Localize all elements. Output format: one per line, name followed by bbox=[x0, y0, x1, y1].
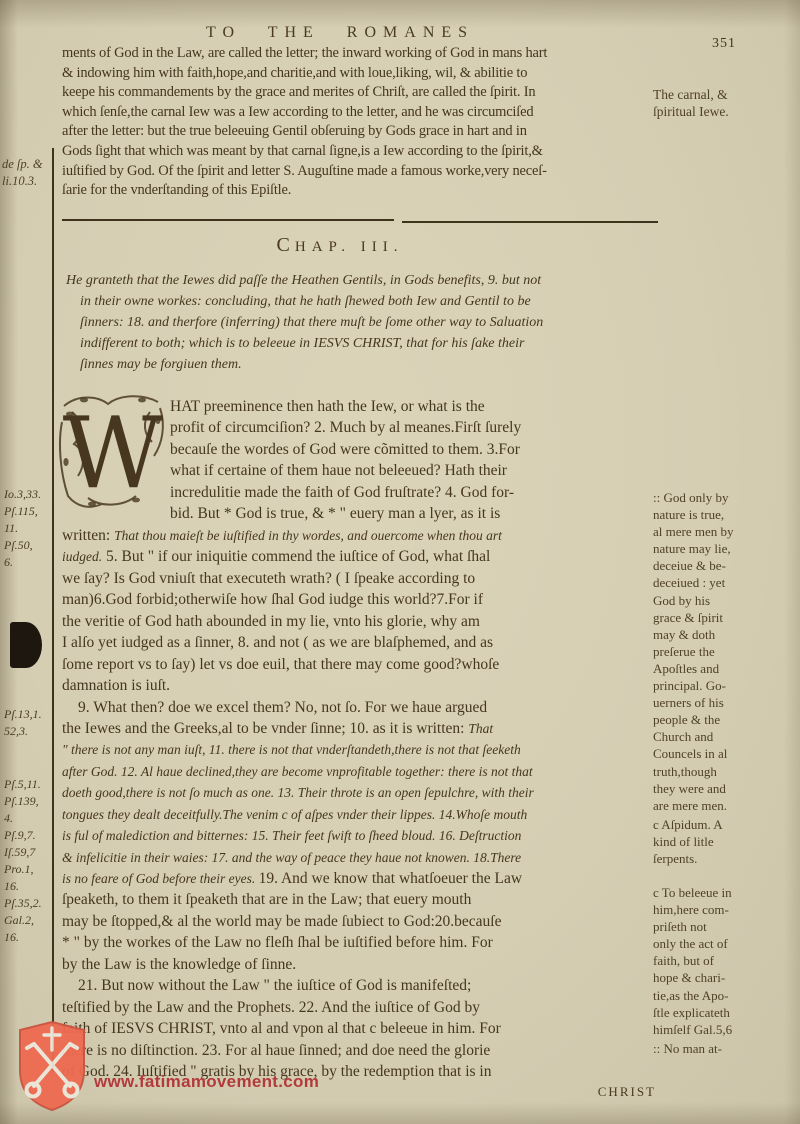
body-line: iudged. 5. But " if our iniquitie commen… bbox=[62, 546, 658, 567]
body-line: damnation is iuſt. bbox=[62, 675, 658, 696]
body-line-segment: written: bbox=[62, 527, 114, 544]
body-line: we ſay? Is God vniuſt that executeth wra… bbox=[62, 568, 658, 589]
body-line: 21. But now without the Law " the iuſtic… bbox=[62, 975, 658, 996]
body-line: may be ſtopped,& al the world may be mad… bbox=[62, 911, 658, 932]
body-line-segment: is no feare of God before their eyes. bbox=[62, 871, 259, 886]
body-line: written: That thou maieſt be iuſtified i… bbox=[62, 525, 658, 546]
body-line: after God. 12. Al haue declined,they are… bbox=[62, 761, 658, 782]
drop-cap-w-ornament: W bbox=[58, 392, 168, 516]
body-line: the Iewes and the Greeks,al to be vnder … bbox=[62, 718, 658, 739]
body-opening-lines: HAT preeminence then hath the Iew, or wh… bbox=[170, 396, 658, 524]
svg-text:W: W bbox=[63, 397, 164, 511]
body-line: ſome report vs to ſay) let vs doe euil, … bbox=[62, 654, 658, 675]
body-line-segment: 19. And we know that whatſoeuer the Law bbox=[259, 870, 522, 887]
running-header: TO THE ROMANES bbox=[150, 24, 530, 42]
column-rule bbox=[52, 148, 54, 1073]
drop-cap-w: W bbox=[58, 392, 168, 516]
body-line: ſpeaketh, to them it ſpeaketh that are i… bbox=[62, 889, 658, 910]
margin-refs-psalms-bottom: Pſ.5,11. Pſ.139, 4. Pſ.9,7. Iſ.59,7 Pro.… bbox=[4, 776, 52, 946]
chapter-heading: CHAP. III. bbox=[200, 234, 480, 257]
fatima-shield-logo bbox=[16, 1020, 88, 1112]
body-line: the veritie of God hath abounded in my l… bbox=[62, 611, 658, 632]
body-line: " there is not any man iuſt, 11. there i… bbox=[62, 739, 658, 760]
margin-refs-psalms-mid: Pſ.13,1. 52,3. bbox=[4, 706, 52, 740]
chapter-heading-initial: C bbox=[277, 234, 295, 256]
body-line: & infelicitie in their waies: 17. and th… bbox=[62, 847, 658, 868]
body-line: by the Law is the knowledge of ſinne. bbox=[62, 954, 658, 975]
body-text: written: That thou maieſt be iuſtified i… bbox=[62, 525, 658, 1082]
margin-note-god-only: :: God only by nature is true, al mere m… bbox=[653, 489, 799, 814]
body-line: teſtified by the Law and the Prophets. 2… bbox=[62, 997, 658, 1018]
margin-note-no-man: :: No man at- bbox=[653, 1040, 799, 1057]
margin-note-carnal: The carnal, & ſpiritual Iewe. bbox=[653, 86, 799, 120]
page-number: 351 bbox=[712, 36, 736, 52]
body-line: doeth good,there is not ſo much as one. … bbox=[62, 782, 658, 803]
ink-blot bbox=[10, 622, 42, 668]
body-line: faith of IESVS CHRIST, vnto al and vpon … bbox=[62, 1018, 658, 1039]
book-page: TO THE ROMANES 351 ments of God in the L… bbox=[0, 0, 800, 1124]
body-line-segment: 5. But " if our iniquitie commend the iu… bbox=[102, 548, 490, 565]
section-rule-right bbox=[402, 221, 658, 223]
margin-refs-psalms-top: Io.3,33. Pſ.115, 11. Pſ.50, 6. bbox=[4, 486, 52, 571]
body-line: * " by the workes of the Law no fleſh ſh… bbox=[62, 932, 658, 953]
intro-paragraph: ments of God in the Law, are called the … bbox=[62, 44, 662, 201]
body-line: man)6.God forbid;otherwiſe how ſhal God … bbox=[62, 589, 658, 610]
body-line-segment: iudged. bbox=[62, 549, 102, 564]
body-line: 9. What then? doe we excel them? No, not… bbox=[62, 697, 658, 718]
chapter-argument: He granteth that the Iewes did paſſe the… bbox=[66, 270, 680, 375]
margin-note-augustine-ref: de ſp. & li.10.3. bbox=[2, 156, 50, 190]
body-line-segment: That thou maieſt be iuſtified in thy wor… bbox=[114, 528, 502, 543]
body-line: there is no diſtinction. 23. For al haue… bbox=[62, 1040, 658, 1061]
body-line: is no feare of God before their eyes. 19… bbox=[62, 868, 658, 889]
margin-note-aspidum: c Aſpidum. A kind of litle ſerpents. bbox=[653, 816, 799, 867]
body-line: I alſo yet iudged as a ſinner, 8. and no… bbox=[62, 632, 658, 653]
watermark-url: www.fatimamovement.com bbox=[94, 1072, 319, 1092]
body-line: is ful of malediction and bitternes: 15.… bbox=[62, 825, 658, 846]
chapter-heading-rest: HAP. III. bbox=[295, 239, 404, 255]
body-line-segment: That bbox=[468, 721, 493, 736]
margin-note-beleeue: c To beleeue in him,here com- priſeth no… bbox=[653, 884, 799, 1038]
shield-keys-icon bbox=[16, 1020, 88, 1112]
body-line-segment: the Iewes and the Greeks,al to be vnder … bbox=[62, 720, 468, 737]
catchword: CHRIST bbox=[500, 1084, 656, 1100]
body-line: tongues they dealt deceitfully.The venim… bbox=[62, 804, 658, 825]
section-rule-left bbox=[62, 219, 394, 221]
